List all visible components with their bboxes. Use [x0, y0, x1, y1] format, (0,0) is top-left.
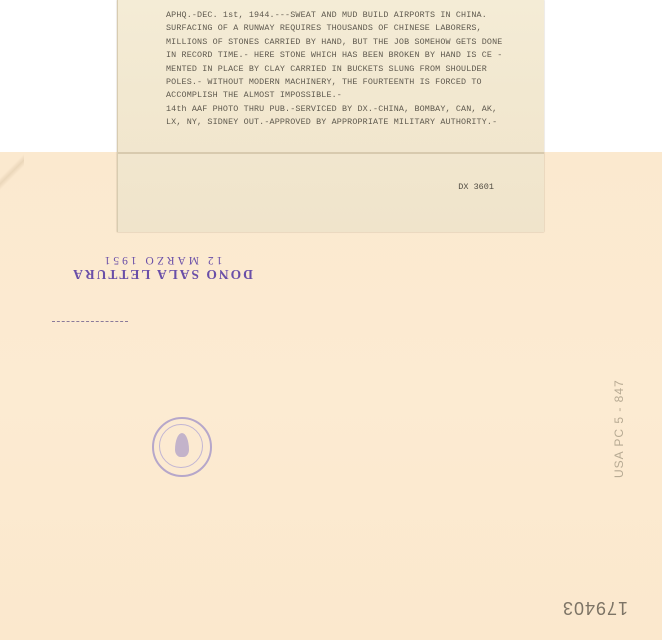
stamp-emblem-icon [175, 433, 189, 457]
dashed-pencil-line [52, 321, 128, 323]
pencil-inventory-number: 179403 [555, 597, 635, 618]
library-donation-stamp: DONO SALA LETTURA 12 MARZO 1951 [62, 254, 262, 282]
stamp-line-2: 12 MARZO 1951 [62, 254, 262, 266]
reference-code: DX 3601 [458, 182, 494, 192]
caption-sheet: APHQ.-DEC. 1st, 1944.---SWEAT AND MUD BU… [117, 0, 544, 232]
mount-corner-fold [0, 152, 24, 192]
caption-text: APHQ.-DEC. 1st, 1944.---SWEAT AND MUD BU… [166, 9, 546, 130]
stamp-line-1: DONO SALA LETTURA [62, 266, 262, 282]
pencil-side-note: USA PC 5 - 847 [612, 318, 626, 478]
round-library-stamp [152, 417, 212, 477]
